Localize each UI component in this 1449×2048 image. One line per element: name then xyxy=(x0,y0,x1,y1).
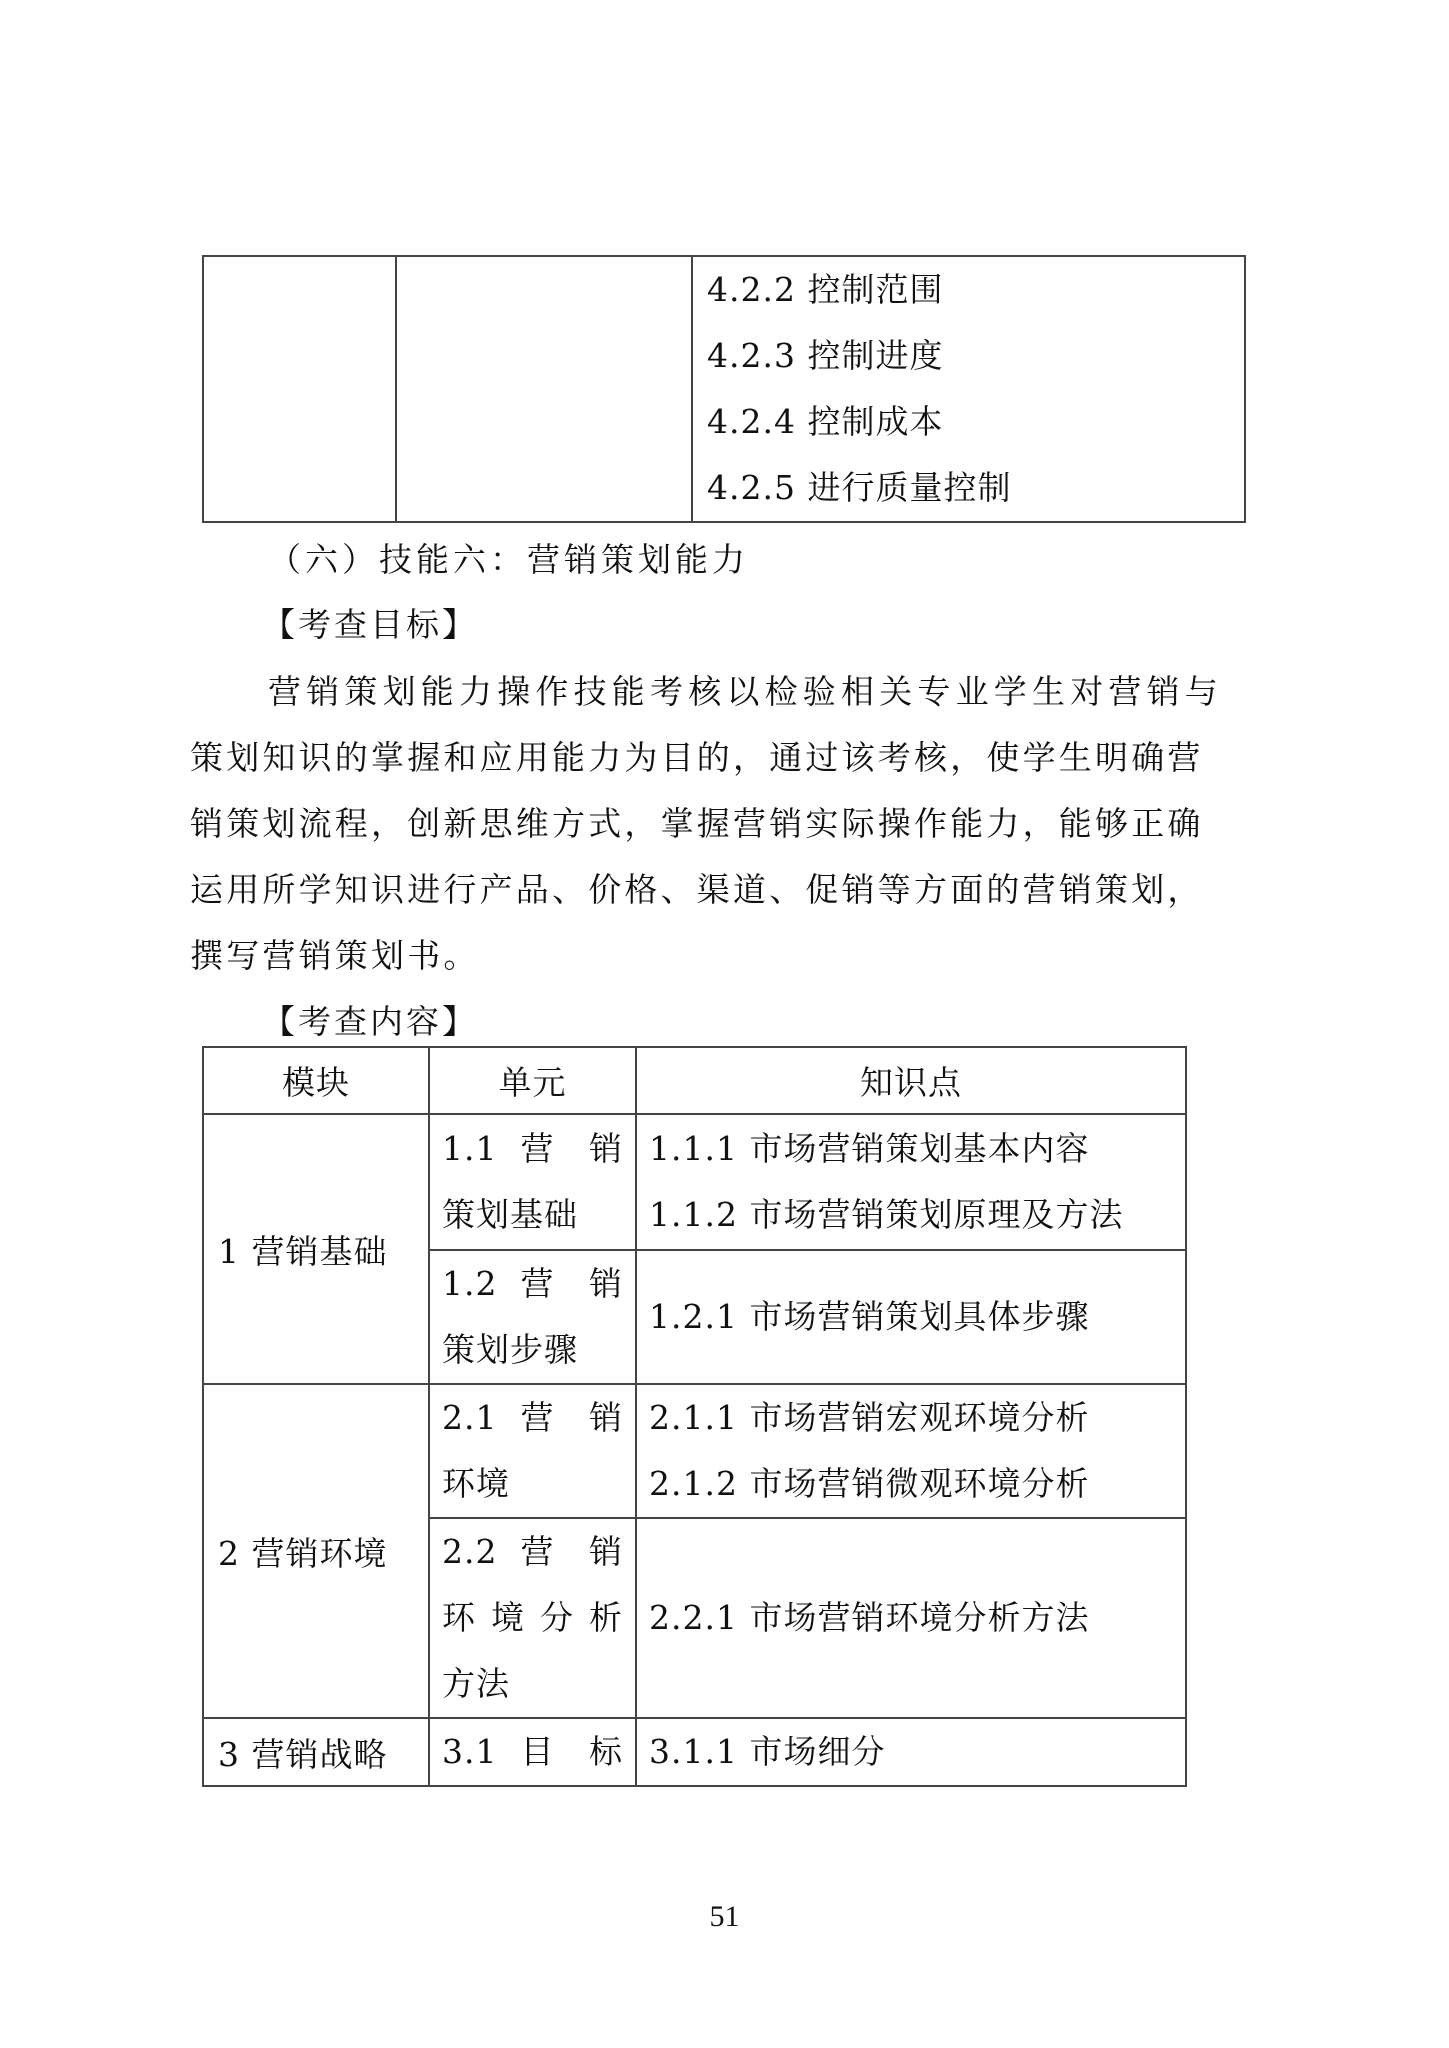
unit-line: 3.1 目 标 xyxy=(442,1719,623,1785)
points-cell: 3.1.1 市场细分 xyxy=(636,1718,1186,1786)
unit-line: 环 境 分 析 xyxy=(442,1585,623,1651)
top-table-module-cell xyxy=(203,256,396,522)
knowledge-point: 4.2.2 控制范围 xyxy=(707,257,1232,323)
paragraph-line: 营销策划能力操作技能考核以检验相关专业学生对营销与 xyxy=(268,672,1223,712)
content-label: 【考查内容】 xyxy=(262,1002,478,1042)
table-row: 1 营销基础 1.1 营 销 策划基础 1.1.1 市场营销策划基本内容 1.1… xyxy=(203,1114,1186,1250)
module-cell: 2 营销环境 xyxy=(203,1384,429,1718)
knowledge-point: 1.1.2 市场营销策划原理及方法 xyxy=(649,1182,1173,1248)
header-points: 知识点 xyxy=(636,1047,1186,1114)
unit-line: 方法 xyxy=(442,1651,623,1717)
knowledge-point: 4.2.3 控制进度 xyxy=(707,323,1232,389)
knowledge-point: 4.2.5 进行质量控制 xyxy=(707,455,1232,521)
header-module: 模块 xyxy=(203,1047,429,1114)
knowledge-point: 1.1.1 市场营销策划基本内容 xyxy=(649,1116,1173,1182)
knowledge-point: 2.1.1 市场营销宏观环境分析 xyxy=(649,1385,1173,1451)
unit-line: 策划步骤 xyxy=(442,1317,623,1383)
unit-line: 1.1 营 销 xyxy=(442,1116,623,1182)
unit-cell: 3.1 目 标 xyxy=(429,1718,636,1786)
unit-line: 策划基础 xyxy=(442,1182,623,1248)
table-header-row: 模块 单元 知识点 xyxy=(203,1047,1186,1114)
unit-line: 环境 xyxy=(442,1451,623,1517)
unit-cell: 2.2 营 销 环 境 分 析 方法 xyxy=(429,1518,636,1718)
paragraph-line: 运用所学知识进行产品、价格、渠道、促销等方面的营销策划， xyxy=(190,870,1204,910)
unit-cell: 1.1 营 销 策划基础 xyxy=(429,1114,636,1250)
module-cell: 3 营销战略 xyxy=(203,1718,429,1786)
paragraph-line: 销策划流程，创新思维方式，掌握营销实际操作能力，能够正确 xyxy=(190,804,1204,844)
unit-line: 2.1 营 销 xyxy=(442,1385,623,1451)
goal-label: 【考查目标】 xyxy=(262,605,478,645)
content-table: 模块 单元 知识点 1 营销基础 1.1 营 销 策划基础 1.1.1 市场营销… xyxy=(202,1046,1187,1787)
unit-line: 1.2 营 销 xyxy=(442,1251,623,1317)
knowledge-point: 2.2.1 市场营销环境分析方法 xyxy=(649,1585,1173,1651)
top-table: 4.2.2 控制范围 4.2.3 控制进度 4.2.4 控制成本 4.2.5 进… xyxy=(202,255,1246,523)
top-table-unit-cell xyxy=(396,256,692,522)
section-heading: （六）技能六：营销策划能力 xyxy=(268,540,749,580)
points-cell: 1.2.1 市场营销策划具体步骤 xyxy=(636,1250,1186,1384)
table-row: 3 营销战略 3.1 目 标 3.1.1 市场细分 xyxy=(203,1718,1186,1786)
paragraph-line: 策划知识的掌握和应用能力为目的，通过该考核，使学生明确营 xyxy=(190,738,1204,778)
points-cell: 2.1.1 市场营销宏观环境分析 2.1.2 市场营销微观环境分析 xyxy=(636,1384,1186,1518)
knowledge-point: 1.2.1 市场营销策划具体步骤 xyxy=(649,1284,1173,1350)
paragraph-line: 撰写营销策划书。 xyxy=(190,936,480,976)
knowledge-point: 3.1.1 市场细分 xyxy=(649,1719,1173,1785)
knowledge-point: 2.1.2 市场营销微观环境分析 xyxy=(649,1451,1173,1517)
page-number: 51 xyxy=(0,1900,1449,1934)
header-unit: 单元 xyxy=(429,1047,636,1114)
table-row: 2 营销环境 2.1 营 销 环境 2.1.1 市场营销宏观环境分析 2.1.2… xyxy=(203,1384,1186,1518)
points-cell: 1.1.1 市场营销策划基本内容 1.1.2 市场营销策划原理及方法 xyxy=(636,1114,1186,1250)
module-cell: 1 营销基础 xyxy=(203,1114,429,1384)
knowledge-point: 4.2.4 控制成本 xyxy=(707,389,1232,455)
unit-cell: 2.1 营 销 环境 xyxy=(429,1384,636,1518)
unit-line: 2.2 营 销 xyxy=(442,1519,623,1585)
unit-cell: 1.2 营 销 策划步骤 xyxy=(429,1250,636,1384)
points-cell: 2.2.1 市场营销环境分析方法 xyxy=(636,1518,1186,1718)
top-table-points-cell: 4.2.2 控制范围 4.2.3 控制进度 4.2.4 控制成本 4.2.5 进… xyxy=(692,256,1245,522)
